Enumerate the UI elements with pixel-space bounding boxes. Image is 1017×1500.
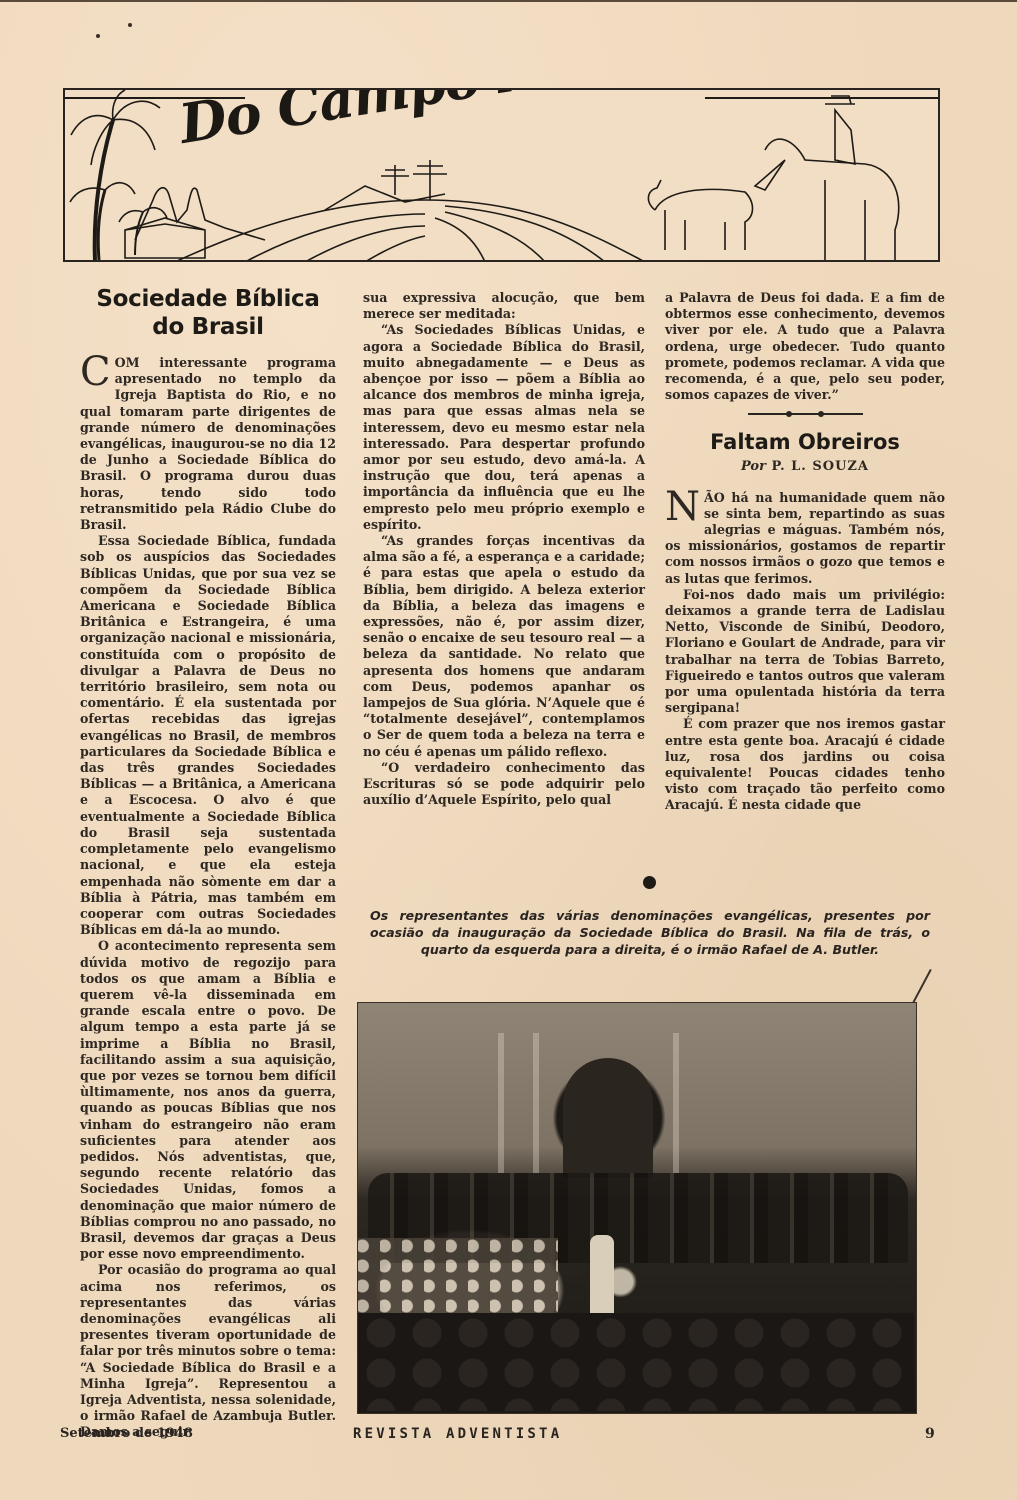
article-title: Faltam Obreiros	[665, 429, 945, 455]
publication-name: REVISTA ADVENTISTA	[353, 1426, 562, 1442]
quote-paragraph: a Palavra de Deus foi dada. E a fim de o…	[665, 290, 945, 403]
article-paragraph: Foi-nos dado mais um privilégio: deixamo…	[665, 587, 945, 717]
byline: Por P. L. SOUZA	[665, 459, 945, 475]
article-paragraph: Essa Sociedade Bíblica, fundada sob os a…	[80, 533, 336, 938]
audience	[358, 1313, 914, 1411]
section-banner: Do Campo Nacional	[63, 88, 940, 262]
quote-paragraph: “As grandes forças incentivas da alma sã…	[363, 533, 645, 760]
article-title: Sociedade Bíblica do Brasil	[80, 285, 336, 341]
photo-caption: Os representantes das várias denominaçõe…	[370, 907, 930, 958]
column-3: a Palavra de Deus foi dada. E a fim de o…	[665, 290, 945, 814]
article-paragraph: Por ocasião do programa ao qual acima no…	[80, 1262, 336, 1440]
drop-cap: C	[80, 356, 111, 388]
article-paragraph: NÃO há na humanidade quem não se sinta b…	[665, 490, 945, 587]
church-arch	[563, 1058, 653, 1178]
article-paragraph: COM interessante programa apresentado no…	[80, 355, 336, 533]
article-paragraph: sua expressiva alocução, que bem merece …	[363, 290, 645, 322]
quote-paragraph: “O verdadeiro conhecimento das Escritura…	[363, 760, 645, 809]
drop-cap: N	[665, 491, 700, 523]
event-photo	[357, 1002, 917, 1414]
page-number: 9	[925, 1426, 935, 1442]
flower-arrangement	[358, 1238, 558, 1313]
ink-speck	[128, 23, 132, 27]
article-paragraph: É com prazer que nos iremos gastar entre…	[665, 716, 945, 813]
magazine-page: Do Campo Nacional Sociedade Bíblica do B…	[0, 0, 1017, 1500]
column-1: Sociedade Bíblica do Brasil COM interess…	[80, 285, 336, 1441]
ink-speck	[96, 34, 100, 38]
column-2: sua expressiva alocução, que bem merece …	[363, 290, 645, 809]
section-divider	[665, 413, 945, 415]
quote-paragraph: “As Sociedades Bíblicas Unidas, e agora …	[363, 322, 645, 533]
bullet-separator	[643, 876, 656, 889]
article-paragraph: O acontecimento representa sem dúvida mo…	[80, 938, 336, 1262]
issue-date: Setembro de 1948	[60, 1426, 193, 1441]
